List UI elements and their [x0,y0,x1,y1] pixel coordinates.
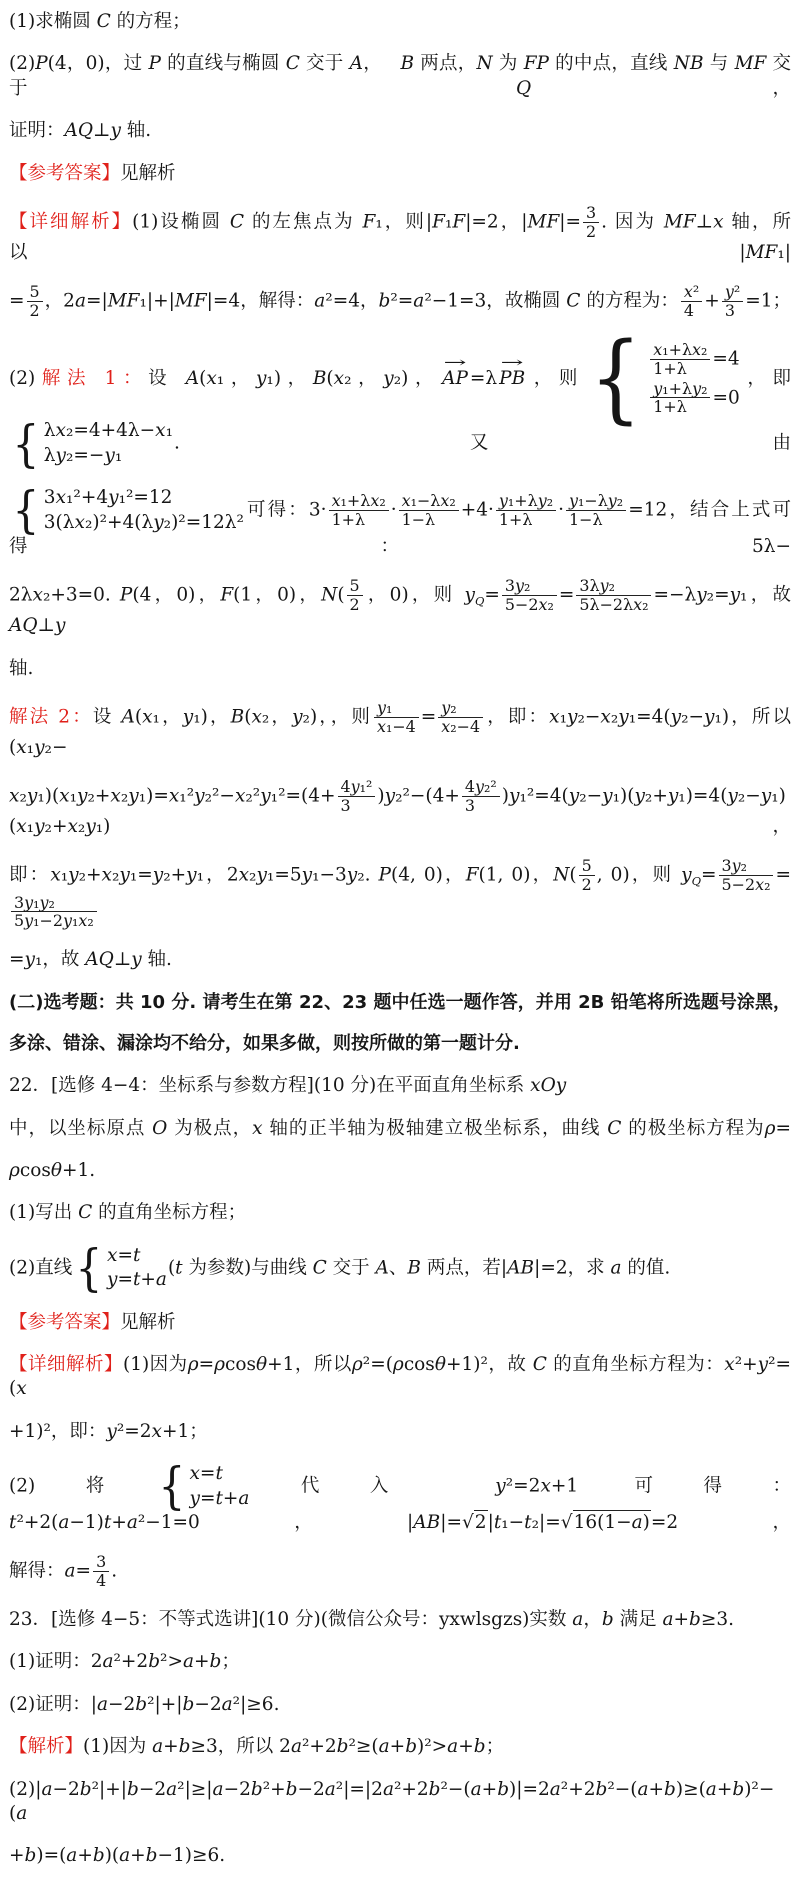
q21-sub1: (1)求椭圆 C 的方程； [9,1,791,43]
detailed-analysis-label: 【详细解析】 [9,211,132,232]
q21-method2-line3: 即：x₁y₂+x₂y₁=y₂+y₁，2x₂y₁=5y₁−3y₂. P(4, 0)… [9,848,791,939]
q23-sub1: (1)证明：2a²+2b²>a+b； [9,1641,791,1683]
vector-PB: PB [499,365,525,391]
q21-sub2-line1: (2)P(4，0)，过 P 的直线与椭圆 C 交于 A， B 两点，N 为 FP… [9,43,791,110]
q21-sub2-line2: 证明：AQ⊥y 轴. [9,110,791,152]
q21-ref-answer: 【参考答案】见解析 [9,153,791,195]
q22-ref-answer: 【参考答案】见解析 [9,1302,791,1344]
q23-analysis-line3: +b)=(a+b)(a+b−1)≥6. [9,1835,791,1877]
q23-title: 23．[选修 4−5：不等式选讲](10 分)(微信公众号：yxwlsgzs)实… [9,1599,791,1641]
q21-analysis-line2: =52，2a=|MF₁|+|MF|=4，解得：a²=4，b²=a²−1=3，故椭… [9,274,791,329]
q22-title: 22．[选修 4−4：坐标系与参数方程](10 分)在平面直角坐标系 xOy [9,1065,791,1107]
q22-analysis-line2: +1)²，即：y²=2x+1； [9,1411,791,1453]
document-content: (1)求椭圆 C 的方程；(2)P(4，0)，过 P 的直线与椭圆 C 交于 A… [9,1,791,1878]
section-note-line1: (二)选考题：共 10 分. 请考生在第 22、23 题中任选一题作答，并用 2… [9,982,791,1024]
q21-method2-line1: 解法 2：设 A(x₁，y₁)，B(x₂，y₂)，，则y₁x₁−4=y₂x₂−4… [9,690,791,769]
q21-method1-line4: 轴. [9,648,791,690]
q22-stem-line2: 中，以坐标原点 O 为极点，x 轴的正半轴为极轴建立极坐标系，曲线 C 的极坐标… [9,1108,791,1150]
q23-sub2: (2)证明：|a−2b²|+|b−2a²|≥6. [9,1684,791,1726]
ref-answer-label-q22: 【参考答案】 [9,1312,120,1333]
q21-method1-line2: {3x₁²+4y₁²=123(λx₂)²+4(λy₂)²=12λ²可得：3·x₁… [9,477,791,568]
q22-analysis-line4: 解得：a=34. [9,1544,791,1599]
section-note-line2: 多涂、错涂、漏涂均不给分，如果多做，则按所做的第一题计分. [9,1023,791,1065]
q21-analysis-line1: 【详细解析】(1)设椭圆 C 的左焦点为 F₁，则|F₁F|=2，|MF|=32… [9,195,791,274]
q21-method2-line4: =y₁，故 AQ⊥y 轴. [9,939,791,981]
ref-answer-label: 【参考答案】 [9,163,120,184]
q21-method2-line2: x₂y₁)(x₁y₂+x₂y₁)=x₁²y₂²−x₂²y₁²=(4+4y₁²3)… [9,769,791,848]
method2-label: 解法 2： [9,706,93,727]
q22-analysis-line3: (2)将{x=ty=t+a代入 y²=2x+1 可得：t²+2(a−1)t+a²… [9,1453,791,1544]
q22-stem-line3: ρcosθ+1. [9,1150,791,1192]
detailed-analysis-label-q22: 【详细解析】 [9,1354,123,1375]
vector-AP: AP [442,365,468,391]
q22-sub2: (2)直线{x=ty=t+a(t 为参数)与曲线 C 交于 A、B 两点，若|A… [9,1235,791,1302]
document-page: (1)求椭圆 C 的方程；(2)P(4，0)，过 P 的直线与椭圆 C 交于 A… [0,0,800,1882]
q21-method1-line3: 2λx₂+3=0. P(4，0)，F(1，0)，N(52，0)，则 yQ=3y₂… [9,568,791,647]
q22-analysis-line1: 【详细解析】(1)因为ρ=ρcosθ+1，所以ρ²=(ρcosθ+1)²，故 C… [9,1344,791,1411]
analysis-label-q23: 【解析】 [9,1736,83,1757]
q23-analysis-line2: (2)|a−2b²|+|b−2a²|≥|a−2b²+b−2a²|=|2a²+2b… [9,1769,791,1836]
q22-sub1: (1)写出 C 的直角坐标方程； [9,1192,791,1234]
method1-label: 解法 1： [35,368,148,389]
q23-analysis-line1: 【解析】(1)因为 a+b≥3，所以 2a²+2b²≥(a+b)²>a+b； [9,1726,791,1768]
q21-method1-line1: (2)解法 1：设 A(x₁，y₁)，B(x₂，y₂)，AP=λPB，则{x₁+… [9,329,791,478]
